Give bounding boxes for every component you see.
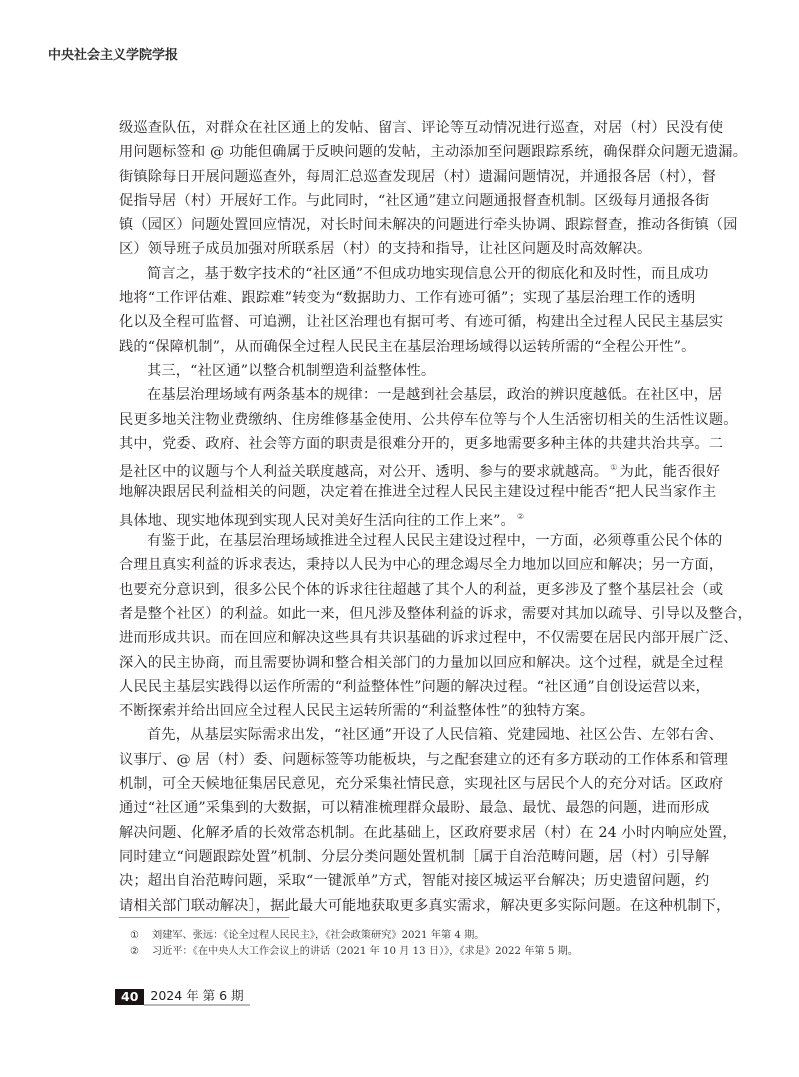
issue-label: 2024 年 第 6 期 bbox=[144, 988, 249, 1006]
line-text: 合理且真实利益的诉求表达，秉持以人民为中心的理念竭尽全力地加以回应和解决；另一方… bbox=[119, 557, 723, 573]
text-line: 合理且真实利益的诉求表达，秉持以人民为中心的理念竭尽全力地加以回应和解决；另一方… bbox=[119, 553, 686, 577]
line-text: 者是整个社区）的利益。如此一来，但凡涉及整体利益的诉求，需要对其加以疏导、引导以… bbox=[119, 606, 752, 622]
text-line: 请相关部门联动解决］，据此最大可能地获取更多真实需求，解决更多实际问题。在这种机… bbox=[119, 894, 686, 918]
line-text: 在基层治理场域有两条基本的规律：一是越到社会基层，政治的辨识度越低。在社区中，居 bbox=[147, 387, 723, 403]
text-line: 区）领导班子成员加强对所联系居（村）的支持和指导，让社区问题及时高效解决。 bbox=[119, 237, 686, 261]
line-text: 深入的民主协商，而且需要协调和整合相关部门的力量加以回应和解决。这个过程，就是全… bbox=[119, 655, 723, 671]
text-line: 践的“保障机制”，从而确保全过程人民民主在基层治理场域得以运转所需的“全程公开性… bbox=[119, 335, 686, 359]
line-text: 进而形成共识。而在回应和解决这些具有共识基础的诉求过程中，不仅需要在居民内部开展… bbox=[119, 630, 738, 646]
text-line: 深入的民主协商，而且需要协调和整合相关部门的力量加以回应和解决。这个过程，就是全… bbox=[119, 651, 686, 675]
line-text: 其中，党委、政府、社会等方面的职责是很难分开的，更多地需要多种主体的共建共治共享… bbox=[119, 436, 723, 452]
footnote-reference[interactable]: ① bbox=[610, 463, 617, 472]
text-line: 进而形成共识。而在回应和解决这些具有共识基础的诉求过程中，不仅需要在居民内部开展… bbox=[119, 626, 686, 650]
line-text: 简言之，基于数字技术的“社区通”不但成功地实现信息公开的彻底化和及时性，而且成功 bbox=[147, 266, 709, 282]
journal-title: 中央社会主义学院学报 bbox=[48, 44, 178, 63]
text-line: 也要充分意识到，很多公民个体的诉求往往超越了其个人的利益，更多涉及了整个基层社会… bbox=[119, 578, 686, 602]
text-line: 有鉴于此，在基层治理场域推进全过程人民民主建设过程中，一方面，必须尊重公民个体的 bbox=[119, 529, 686, 553]
line-text: 镇（园区）问题处置回应情况，对长时间未解决的问题进行牵头协调、跟踪督查，推动各街… bbox=[119, 217, 738, 233]
footnote-marker: ① bbox=[130, 928, 152, 944]
footnote-divider bbox=[119, 917, 289, 918]
text-line: 通过“社区通”采集到的大数据，可以精准梳理群众最盼、最急、最忧、最怨的问题，进而… bbox=[119, 796, 686, 820]
line-text: 机制，可全天候地征集居民意见，充分采集社情民意，实现社区与居民个人的充分对话。区… bbox=[119, 776, 723, 792]
line-text: 人民民主基层实践得以运作所需的“利益整体性”问题的解决过程。“社区通”自创设运营… bbox=[119, 679, 710, 695]
line-text: 请相关部门联动解决］，据此最大可能地获取更多真实需求，解决更多实际问题。在这种机… bbox=[119, 898, 731, 914]
line-text: 也要充分意识到，很多公民个体的诉求往往超越了其个人的利益，更多涉及了整个基层社会… bbox=[119, 582, 723, 598]
page-number: 40 bbox=[115, 989, 144, 1005]
footnote-text: 刘建军、张远：《论全过程人民民主》，《社会政策研究》2021 年第 4 期。 bbox=[152, 930, 484, 941]
line-text: 不断探索并给出回应全过程人民民主运转所需的“利益整体性”的独特方案。 bbox=[119, 703, 594, 719]
line-text: 级巡查队伍，对群众在社区通上的发帖、留言、评论等互动情况进行巡查，对居（村）民没… bbox=[119, 120, 723, 136]
footnote-1: ①刘建军、张远：《论全过程人民民主》，《社会政策研究》2021 年第 4 期。 bbox=[130, 928, 578, 944]
text-line: 促指导居（村）开展好工作。与此同时，“社区通”建立问题通报督查机制。区级每月通报… bbox=[119, 189, 686, 213]
text-line: 同时建立“问题跟踪处置”机制、分层分类问题处置机制［属于自治范畴问题，居（村）引… bbox=[119, 845, 686, 869]
text-line: 化以及全程可监督、可追溯，让社区治理也有据可考、有迹可循，构建出全过程人民民主基… bbox=[119, 310, 686, 334]
footnotes: ①刘建军、张远：《论全过程人民民主》，《社会政策研究》2021 年第 4 期。 … bbox=[130, 928, 578, 960]
line-text: 首先，从基层实际需求出发，“社区通”开设了人民信箱、党建园地、社区公告、左邻右舍… bbox=[147, 727, 723, 743]
text-line: 民更多地关注物业费缴纳、住房维修基金使用、公共停车位等与个人生活密切相关的生活性… bbox=[119, 408, 686, 432]
text-line: 其中，党委、政府、社会等方面的职责是很难分开的，更多地需要多种主体的共建共治共享… bbox=[119, 432, 686, 456]
text-line: 简言之，基于数字技术的“社区通”不但成功地实现信息公开的彻底化和及时性，而且成功 bbox=[119, 262, 686, 286]
line-text: 议事厅、@ 居（村）委、问题标签等功能板块，与之配套建立的还有多方联动的工作体系… bbox=[119, 752, 728, 768]
line-text: 地解决跟居民利益相关的问题，决定着在推进全过程人民民主建设过程中能否“把人民当家… bbox=[119, 484, 716, 500]
line-text: 民更多地关注物业费缴纳、住房维修基金使用、公共停车位等与个人生活密切相关的生活性… bbox=[119, 412, 738, 428]
line-text: 化以及全程可监督、可追溯，让社区治理也有据可考、有迹可循，构建出全过程人民民主基… bbox=[119, 314, 723, 330]
line-text: 地将“工作评估难、跟踪难”转变为“数据助力、工作有迹可循”；实现了基层治理工作的… bbox=[119, 290, 696, 306]
line-text: 决；超出自治范畴问题，采取“一键派单”方式，智能对接区城运平台解决；历史遗留问题… bbox=[119, 873, 709, 889]
text-line: 是社区中的议题与个人利益关联度越高，对公开、透明、参与的要求就越高。①为此，能否… bbox=[119, 456, 686, 480]
text-line: 镇（园区）问题处置回应情况，对长时间未解决的问题进行牵头协调、跟踪督查，推动各街… bbox=[119, 213, 686, 237]
text-line: 地解决跟居民利益相关的问题，决定着在推进全过程人民民主建设过程中能否“把人民当家… bbox=[119, 480, 686, 504]
line-text: 街镇除每日开展问题巡查外，每周汇总巡查发现居（村）遗漏问题情况，并通报各居（村）… bbox=[119, 169, 716, 185]
text-line: 议事厅、@ 居（村）委、问题标签等功能板块，与之配套建立的还有多方联动的工作体系… bbox=[119, 748, 686, 772]
text-line: 在基层治理场域有两条基本的规律：一是越到社会基层，政治的辨识度越低。在社区中，居 bbox=[119, 383, 686, 407]
line-text: 具体地、现实地体现到实现人民对美好生活向往的工作上来”。 bbox=[119, 513, 515, 529]
text-line: 机制，可全天候地征集居民意见，充分采集社情民意，实现社区与居民个人的充分对话。区… bbox=[119, 772, 686, 796]
text-line: 决；超出自治范畴问题，采取“一键派单”方式，智能对接区城运平台解决；历史遗留问题… bbox=[119, 869, 686, 893]
footnote-reference[interactable]: ② bbox=[517, 512, 524, 521]
line-text: 是社区中的议题与个人利益关联度越高，对公开、透明、参与的要求就越高。 bbox=[119, 464, 608, 480]
text-line: 解决问题、化解矛盾的长效常态机制。在此基础上，区政府要求居（村）在 24 小时内… bbox=[119, 821, 686, 845]
text-line: 用问题标签和 @ 功能但确属于反映问题的发帖，主动添加至问题跟踪系统，确保群众问… bbox=[119, 140, 686, 164]
article-body: 级巡查队伍，对群众在社区通上的发帖、留言、评论等互动情况进行巡查，对居（村）民没… bbox=[119, 116, 686, 918]
line-text: 同时建立“问题跟踪处置”机制、分层分类问题处置机制［属于自治范畴问题，居（村）引… bbox=[119, 849, 709, 865]
text-line: 其三，“社区通”以整合机制塑造利益整体性。 bbox=[119, 359, 686, 383]
text-line: 地将“工作评估难、跟踪难”转变为“数据助力、工作有迹可循”；实现了基层治理工作的… bbox=[119, 286, 686, 310]
text-line: 首先，从基层实际需求出发，“社区通”开设了人民信箱、党建园地、社区公告、左邻右舍… bbox=[119, 723, 686, 747]
line-text: 有鉴于此，在基层治理场域推进全过程人民民主建设过程中，一方面，必须尊重公民个体的 bbox=[147, 533, 723, 549]
text-line: 街镇除每日开展问题巡查外，每周汇总巡查发现居（村）遗漏问题情况，并通报各居（村）… bbox=[119, 165, 686, 189]
footnote-2: ②习近平：《在中央人大工作会议上的讲话（2021 年 10 月 13 日）》，《… bbox=[130, 944, 578, 960]
line-text: 区）领导班子成员加强对所联系居（村）的支持和指导，让社区问题及时高效解决。 bbox=[119, 241, 651, 257]
text-line: 具体地、现实地体现到实现人民对美好生活向往的工作上来”。② bbox=[119, 505, 686, 529]
line-text: 其三，“社区通”以整合机制塑造利益整体性。 bbox=[147, 363, 435, 379]
text-line: 级巡查队伍，对群众在社区通上的发帖、留言、评论等互动情况进行巡查，对居（村）民没… bbox=[119, 116, 686, 140]
page-footer: 40 2024 年 第 6 期 bbox=[115, 988, 250, 1006]
line-text: 用问题标签和 @ 功能但确属于反映问题的发帖，主动添加至问题跟踪系统，确保群众问… bbox=[119, 144, 747, 160]
footnote-text: 习近平：《在中央人大工作会议上的讲话（2021 年 10 月 13 日）》，《求… bbox=[152, 946, 578, 957]
line-text: 践的“保障机制”，从而确保全过程人民民主在基层治理场域得以运转所需的“全程公开性… bbox=[119, 339, 696, 355]
text-line: 人民民主基层实践得以运作所需的“利益整体性”问题的解决过程。“社区通”自创设运营… bbox=[119, 675, 686, 699]
line-text: 促指导居（村）开展好工作。与此同时，“社区通”建立问题通报督查机制。区级每月通报… bbox=[119, 193, 709, 209]
text-line: 者是整个社区）的利益。如此一来，但凡涉及整体利益的诉求，需要对其加以疏导、引导以… bbox=[119, 602, 686, 626]
text-line: 不断探索并给出回应全过程人民民主运转所需的“利益整体性”的独特方案。 bbox=[119, 699, 686, 723]
line-text: 解决问题、化解矛盾的长效常态机制。在此基础上，区政府要求居（村）在 24 小时内… bbox=[119, 825, 737, 841]
line-text: 为此，能否很好 bbox=[620, 464, 721, 480]
footnote-marker: ② bbox=[130, 944, 152, 960]
line-text: 通过“社区通”采集到的大数据，可以精准梳理群众最盼、最急、最忧、最怨的问题，进而… bbox=[119, 800, 709, 816]
